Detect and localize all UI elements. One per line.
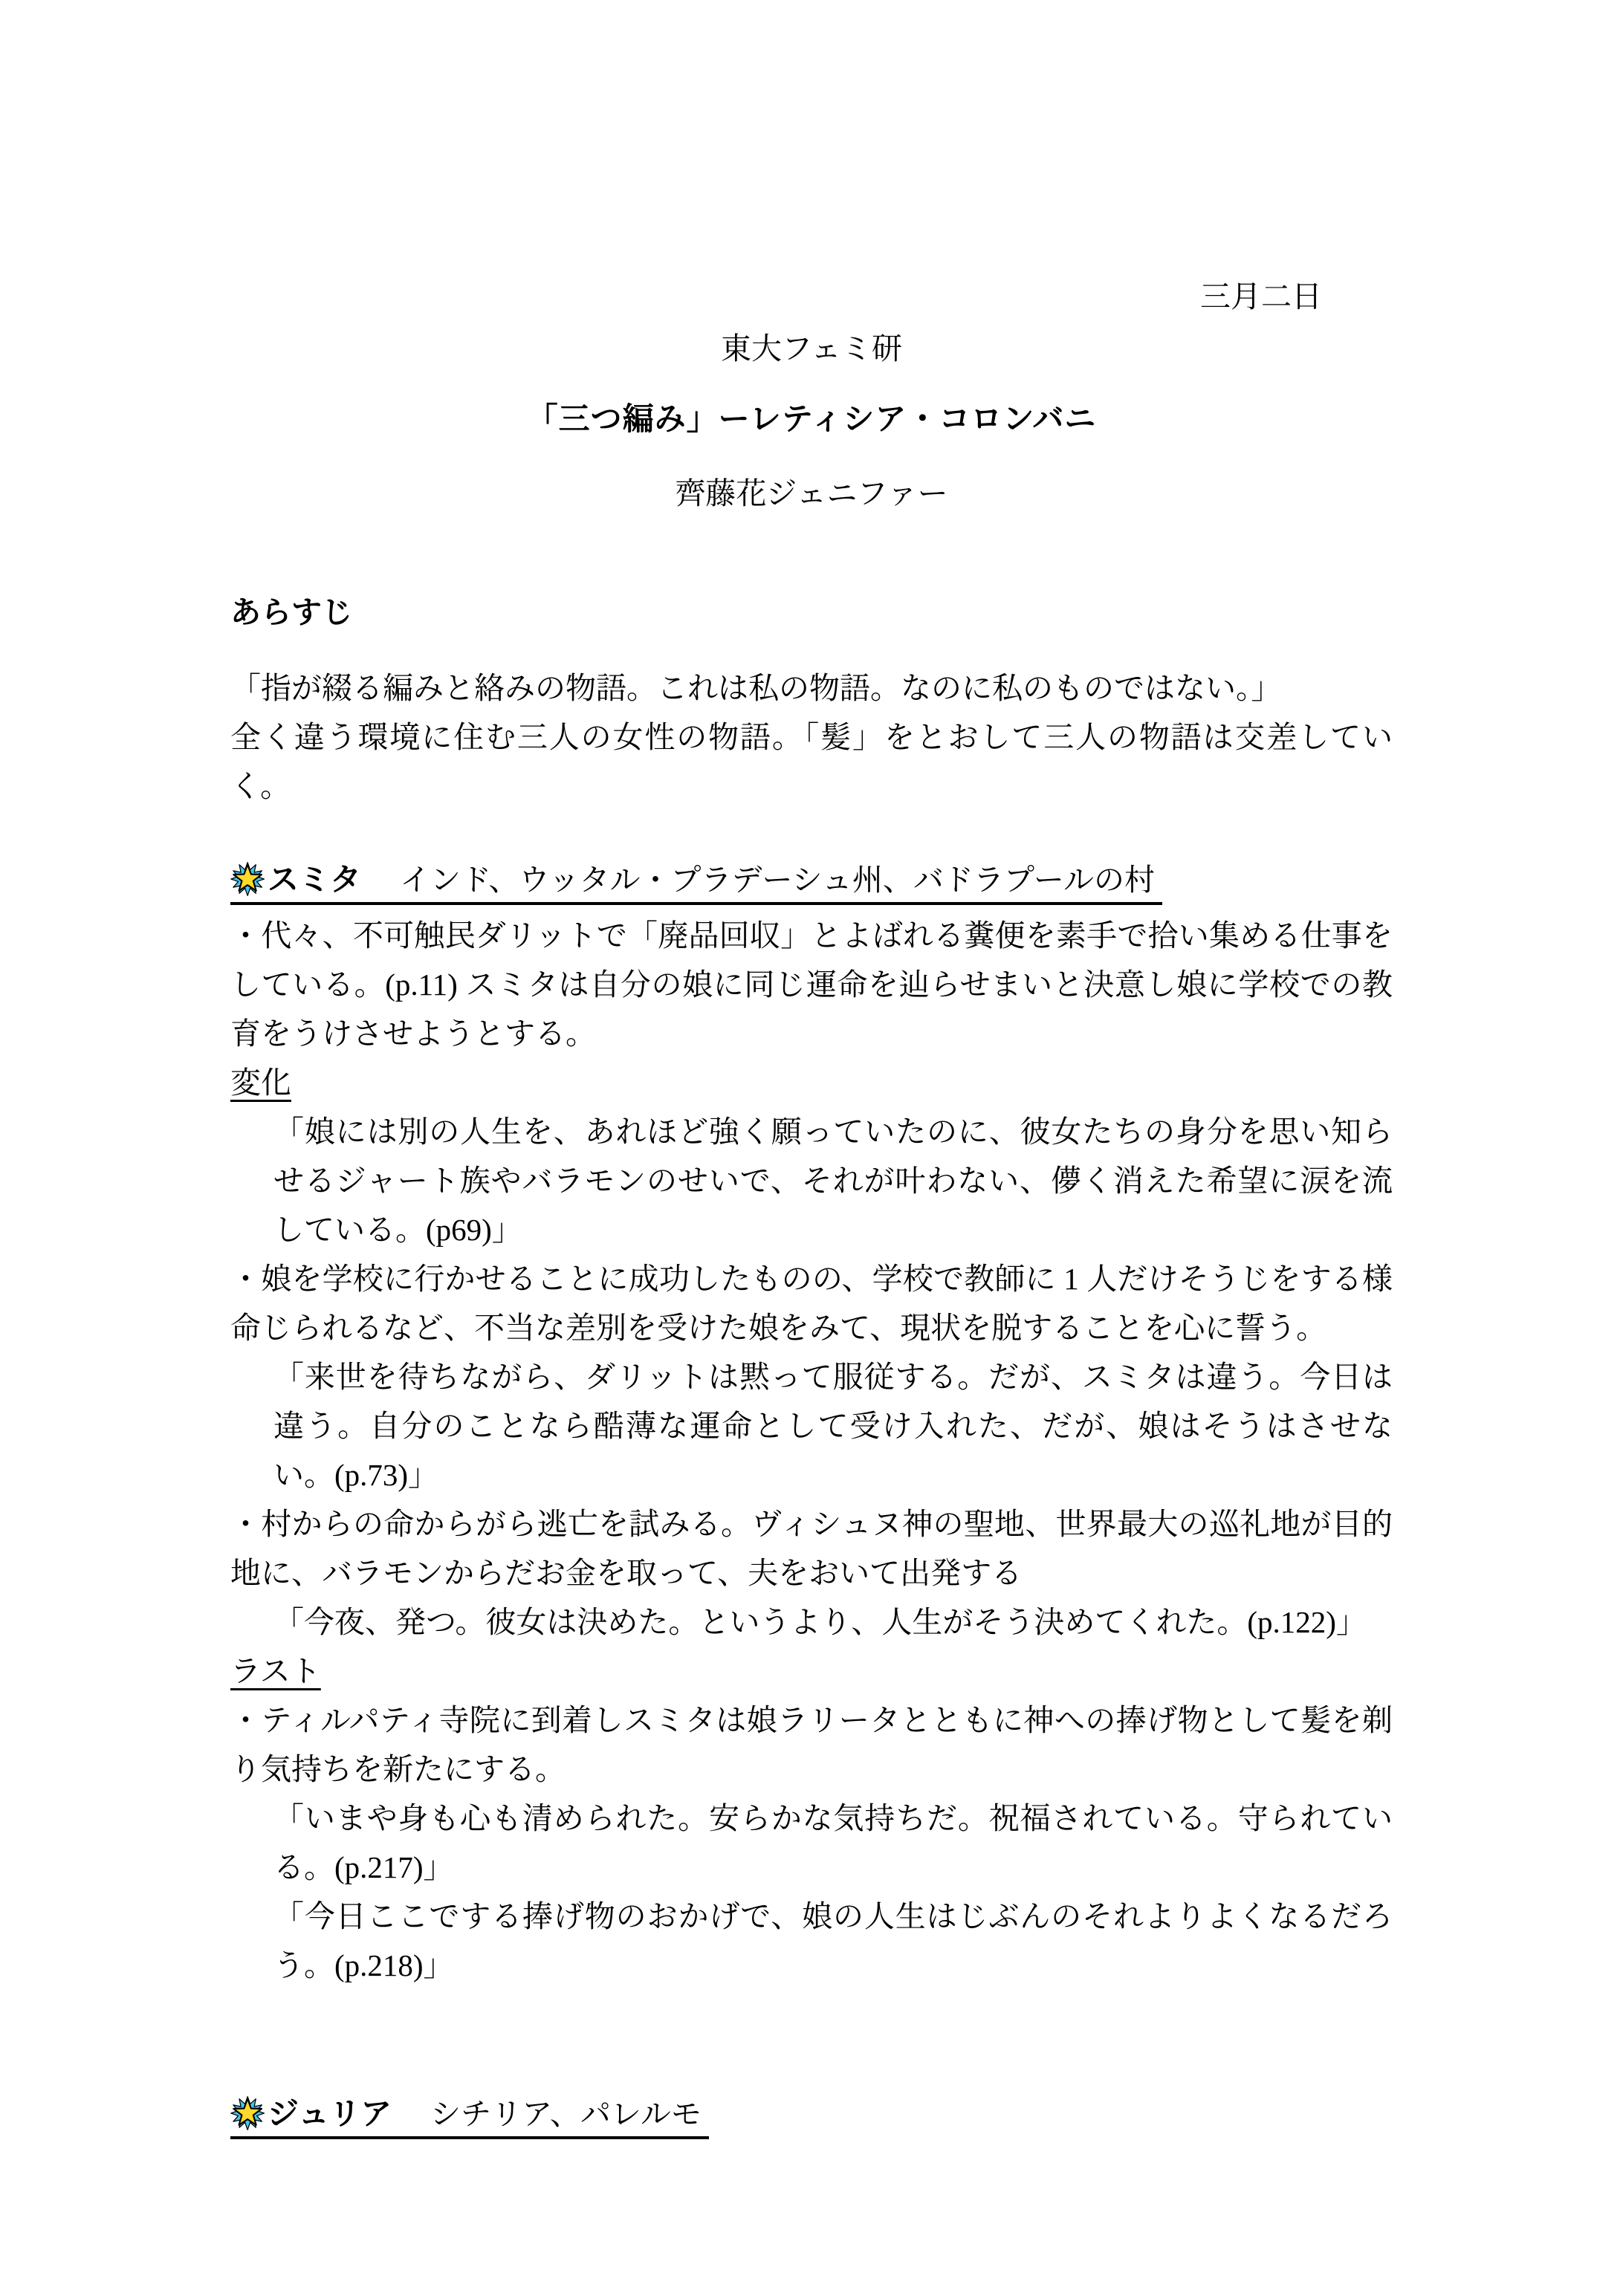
glowing-star-icon	[230, 861, 266, 897]
section-heading-sumita: スミタインド、ウッタル・プラデーシュ州、バドラプールの村	[230, 861, 1393, 905]
label-last-text: ラスト	[230, 1654, 321, 1688]
bullet-school-discrimination: ・娘を学校に行かせることに成功したものの、学校で教師に 1 人だけそうじをする様…	[230, 1254, 1393, 1352]
glowing-star-icon	[230, 2095, 266, 2131]
quote-p122: 「今夜、発つ。彼女は決めた。というより、人生がそう決めてくれた。(p.122)」	[230, 1598, 1393, 1647]
section-heading-underline: ジュリアシチリア、パレルモ	[230, 2095, 709, 2139]
bullet-dalit-job: ・代々、不可触民ダリットで「廃品回収」とよばれる糞便を素手で拾い集める仕事をして…	[230, 911, 1393, 1058]
section-heading-julia: ジュリアシチリア、パレルモ	[230, 2095, 1393, 2139]
quote-p218: 「今日ここでする捧げ物のおかげで、娘の人生はじぶんのそれよりよくなるだろう。(p…	[230, 1892, 1393, 1990]
label-change: 変化	[230, 1058, 1393, 1107]
section-name-julia: ジュリア	[268, 2096, 392, 2131]
bullet-tirupati-temple: ・ティルパティ寺院に到着しスミタは娘ラリータとともに神への捧げ物として髪を剃り気…	[230, 1696, 1393, 1794]
bullet-escape-village: ・村からの命からがら逃亡を試みる。ヴィシュヌ神の聖地、世界最大の巡礼地が目的地に…	[230, 1499, 1393, 1598]
synopsis-line-1: 「指が綴る編みと絡みの物語。これは私の物語。なのに私のものではない。」	[230, 664, 1393, 713]
document-date: 三月二日	[230, 272, 1393, 321]
label-change-text: 変化	[230, 1066, 291, 1100]
section-location-julia: シチリア、パレルモ	[430, 2097, 702, 2131]
synopsis-line-2: 全く違う環境に住む三人の女性の物語。「髪」をとおして三人の物語は交差していく。	[230, 713, 1393, 811]
quote-p69: 「娘には別の人生を、あれほど強く願っていたのに、彼女たちの身分を思い知らせるジャ…	[230, 1107, 1393, 1254]
document-author: 齊藤花ジェニファー	[230, 469, 1393, 518]
quote-p217: 「いまや身も心も清められた。安らかな気持ちだ。祝福されている。守られている。(p…	[230, 1794, 1393, 1892]
section-location-sumita: インド、ウッタル・プラデーシュ州、バドラプールの村	[400, 863, 1155, 897]
quote-p73: 「来世を待ちながら、ダリットは黙って服従する。だが、スミタは違う。今日は違う。自…	[230, 1352, 1393, 1499]
synopsis-heading: あらすじ	[230, 588, 1393, 637]
organization-name: 東大フェミ研	[230, 324, 1393, 373]
section-name-sumita: スミタ	[268, 862, 361, 897]
section-heading-underline: スミタインド、ウッタル・プラデーシュ州、バドラプールの村	[230, 861, 1162, 905]
document-title: 「三つ編み」ーレティシア・コロンバニ	[230, 395, 1393, 444]
document-page: 三月二日 東大フェミ研 「三つ編み」ーレティシア・コロンバニ 齊藤花ジェニファー…	[0, 0, 1623, 2296]
label-last: ラスト	[230, 1647, 1393, 1696]
